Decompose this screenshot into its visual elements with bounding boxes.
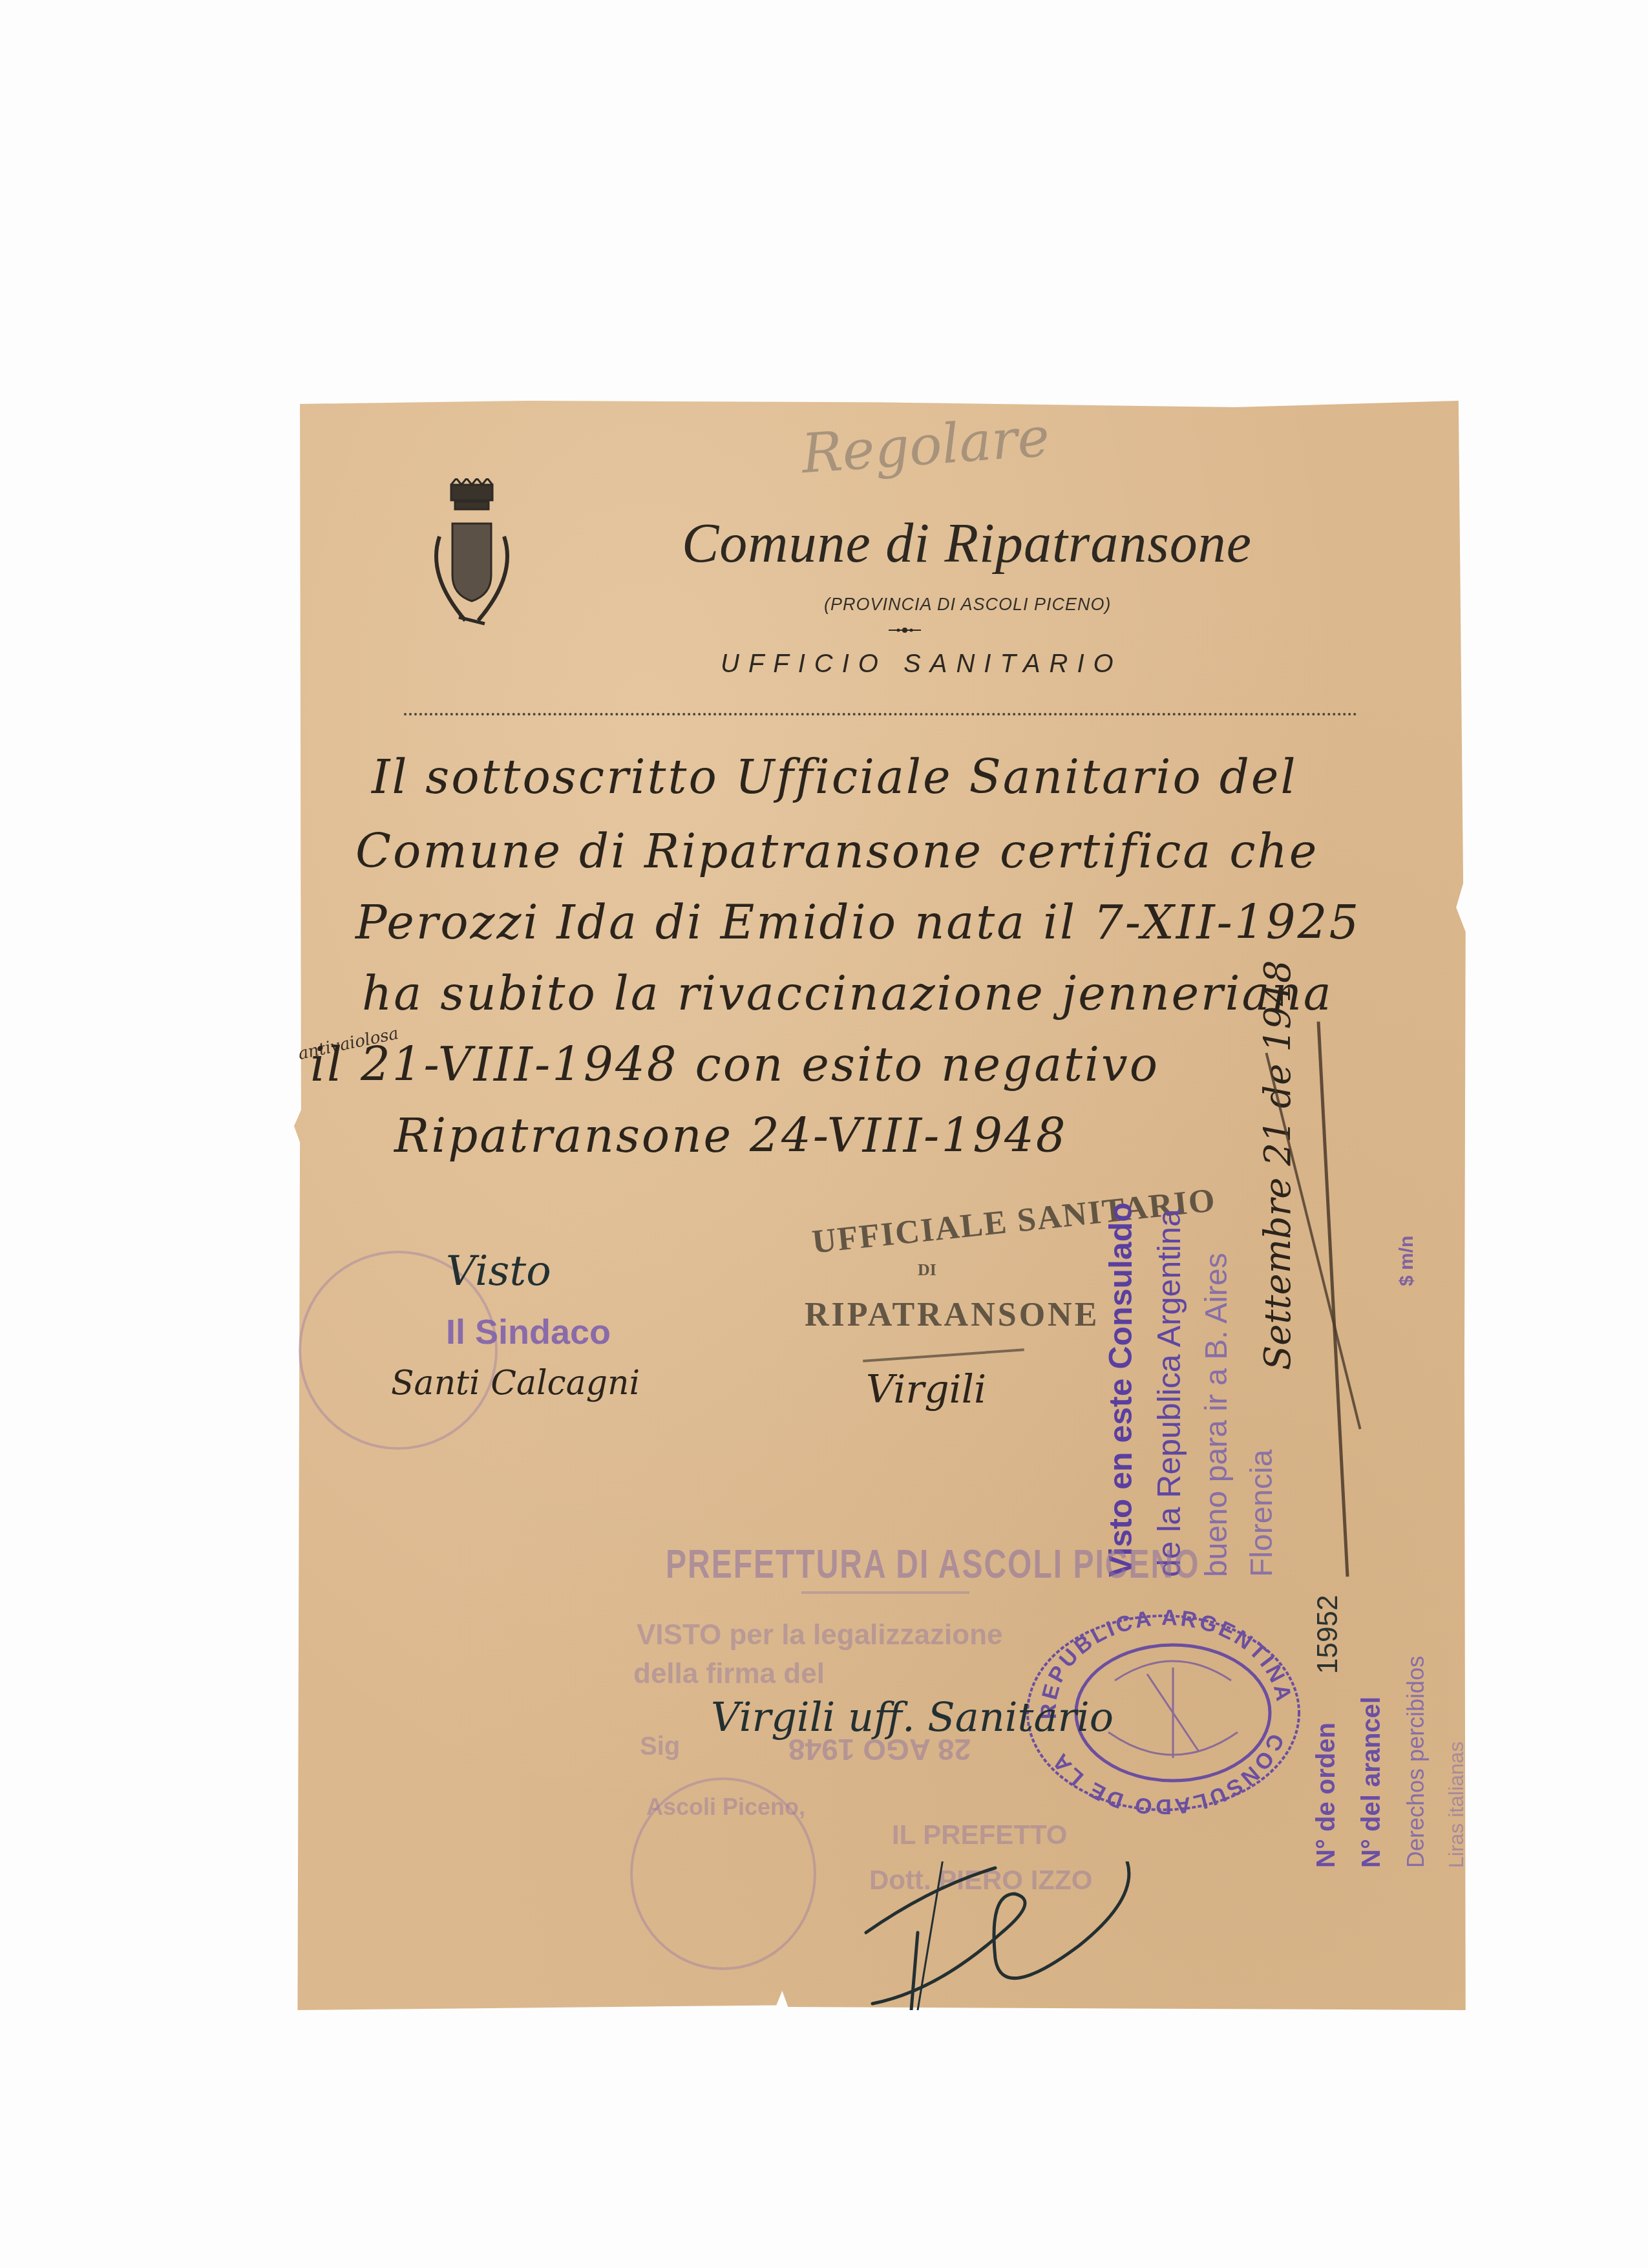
prefect-signature-icon: [853, 1861, 1254, 2010]
visto-handwritten: Visto: [446, 1247, 551, 1295]
letterhead-office: UFFICIO SANITARIO: [721, 650, 1123, 679]
letterhead-title: Comune di Ripatransone: [682, 511, 1252, 575]
prefettura-rule: [801, 1591, 969, 1594]
prefettura-role: IL PREFETTO: [892, 1819, 1067, 1850]
place-date-line: Ripatransone 24-VIII-1948: [394, 1108, 1068, 1163]
body-line-4: ha subito la rivaccinazione jenneriana: [362, 966, 1333, 1021]
registry-arancel-label: N° del arancel: [1357, 1697, 1386, 1868]
health-officer-signature: Virgili: [866, 1367, 986, 1412]
prefettura-della-line: della firma del: [633, 1658, 825, 1690]
visa-line-4: Florencia: [1244, 1450, 1280, 1577]
letterhead-rule: [404, 713, 1357, 715]
prefettura-sig-label: Sig: [640, 1732, 680, 1761]
ornament-divider-icon: [889, 627, 921, 633]
body-line-3: Perozzi Ida di Emidio nata il 7-XII-1925: [355, 895, 1360, 949]
body-line-5: il 21-VIII-1948 con esito negativo: [310, 1037, 1159, 1092]
registry-derechos-label: Derechos percibidos: [1402, 1656, 1430, 1868]
registry-liras-label: Liras italianas: [1444, 1741, 1468, 1868]
registry-marks-top: $ m/n: [1396, 1236, 1418, 1286]
health-officer-stamp-town: RIPATRANSONE: [805, 1296, 1099, 1334]
health-officer-stamp-di: DI: [918, 1260, 936, 1280]
registry-orden-value: 15952: [1312, 1595, 1344, 1674]
registry-orden-label: N° de orden: [1312, 1722, 1341, 1868]
svg-text:CONSULADO DE LA: CONSULADO DE LA: [1046, 1730, 1289, 1819]
prefettura-date: 28 AGO 1948: [788, 1732, 971, 1767]
mayor-signature: Santi Calcagni: [391, 1364, 640, 1403]
visa-line-2: de la Republica Argentina: [1150, 1209, 1188, 1577]
coat-of-arms-icon: [420, 478, 523, 633]
sindaco-stamp: Il Sindaco: [446, 1312, 611, 1352]
prefettura-visto-line: VISTO per la legalizzazione: [637, 1619, 1002, 1651]
visa-line-3: bueno para ir a B. Aires: [1199, 1253, 1234, 1577]
body-line-2: Comune di Ripatransone certifica che: [355, 824, 1318, 878]
prefettura-round-seal: [630, 1777, 816, 1970]
body-line-1: Il sottoscritto Ufficiale Sanitario del: [372, 750, 1297, 804]
prefettura-stamp-title: PREFETTURA DI ASCOLI PICENO: [666, 1542, 1199, 1588]
letterhead-province: (PROVINCIA DI ASCOLI PICENO): [824, 595, 1112, 615]
visa-line-1: Visto en este Consulado: [1102, 1202, 1139, 1577]
